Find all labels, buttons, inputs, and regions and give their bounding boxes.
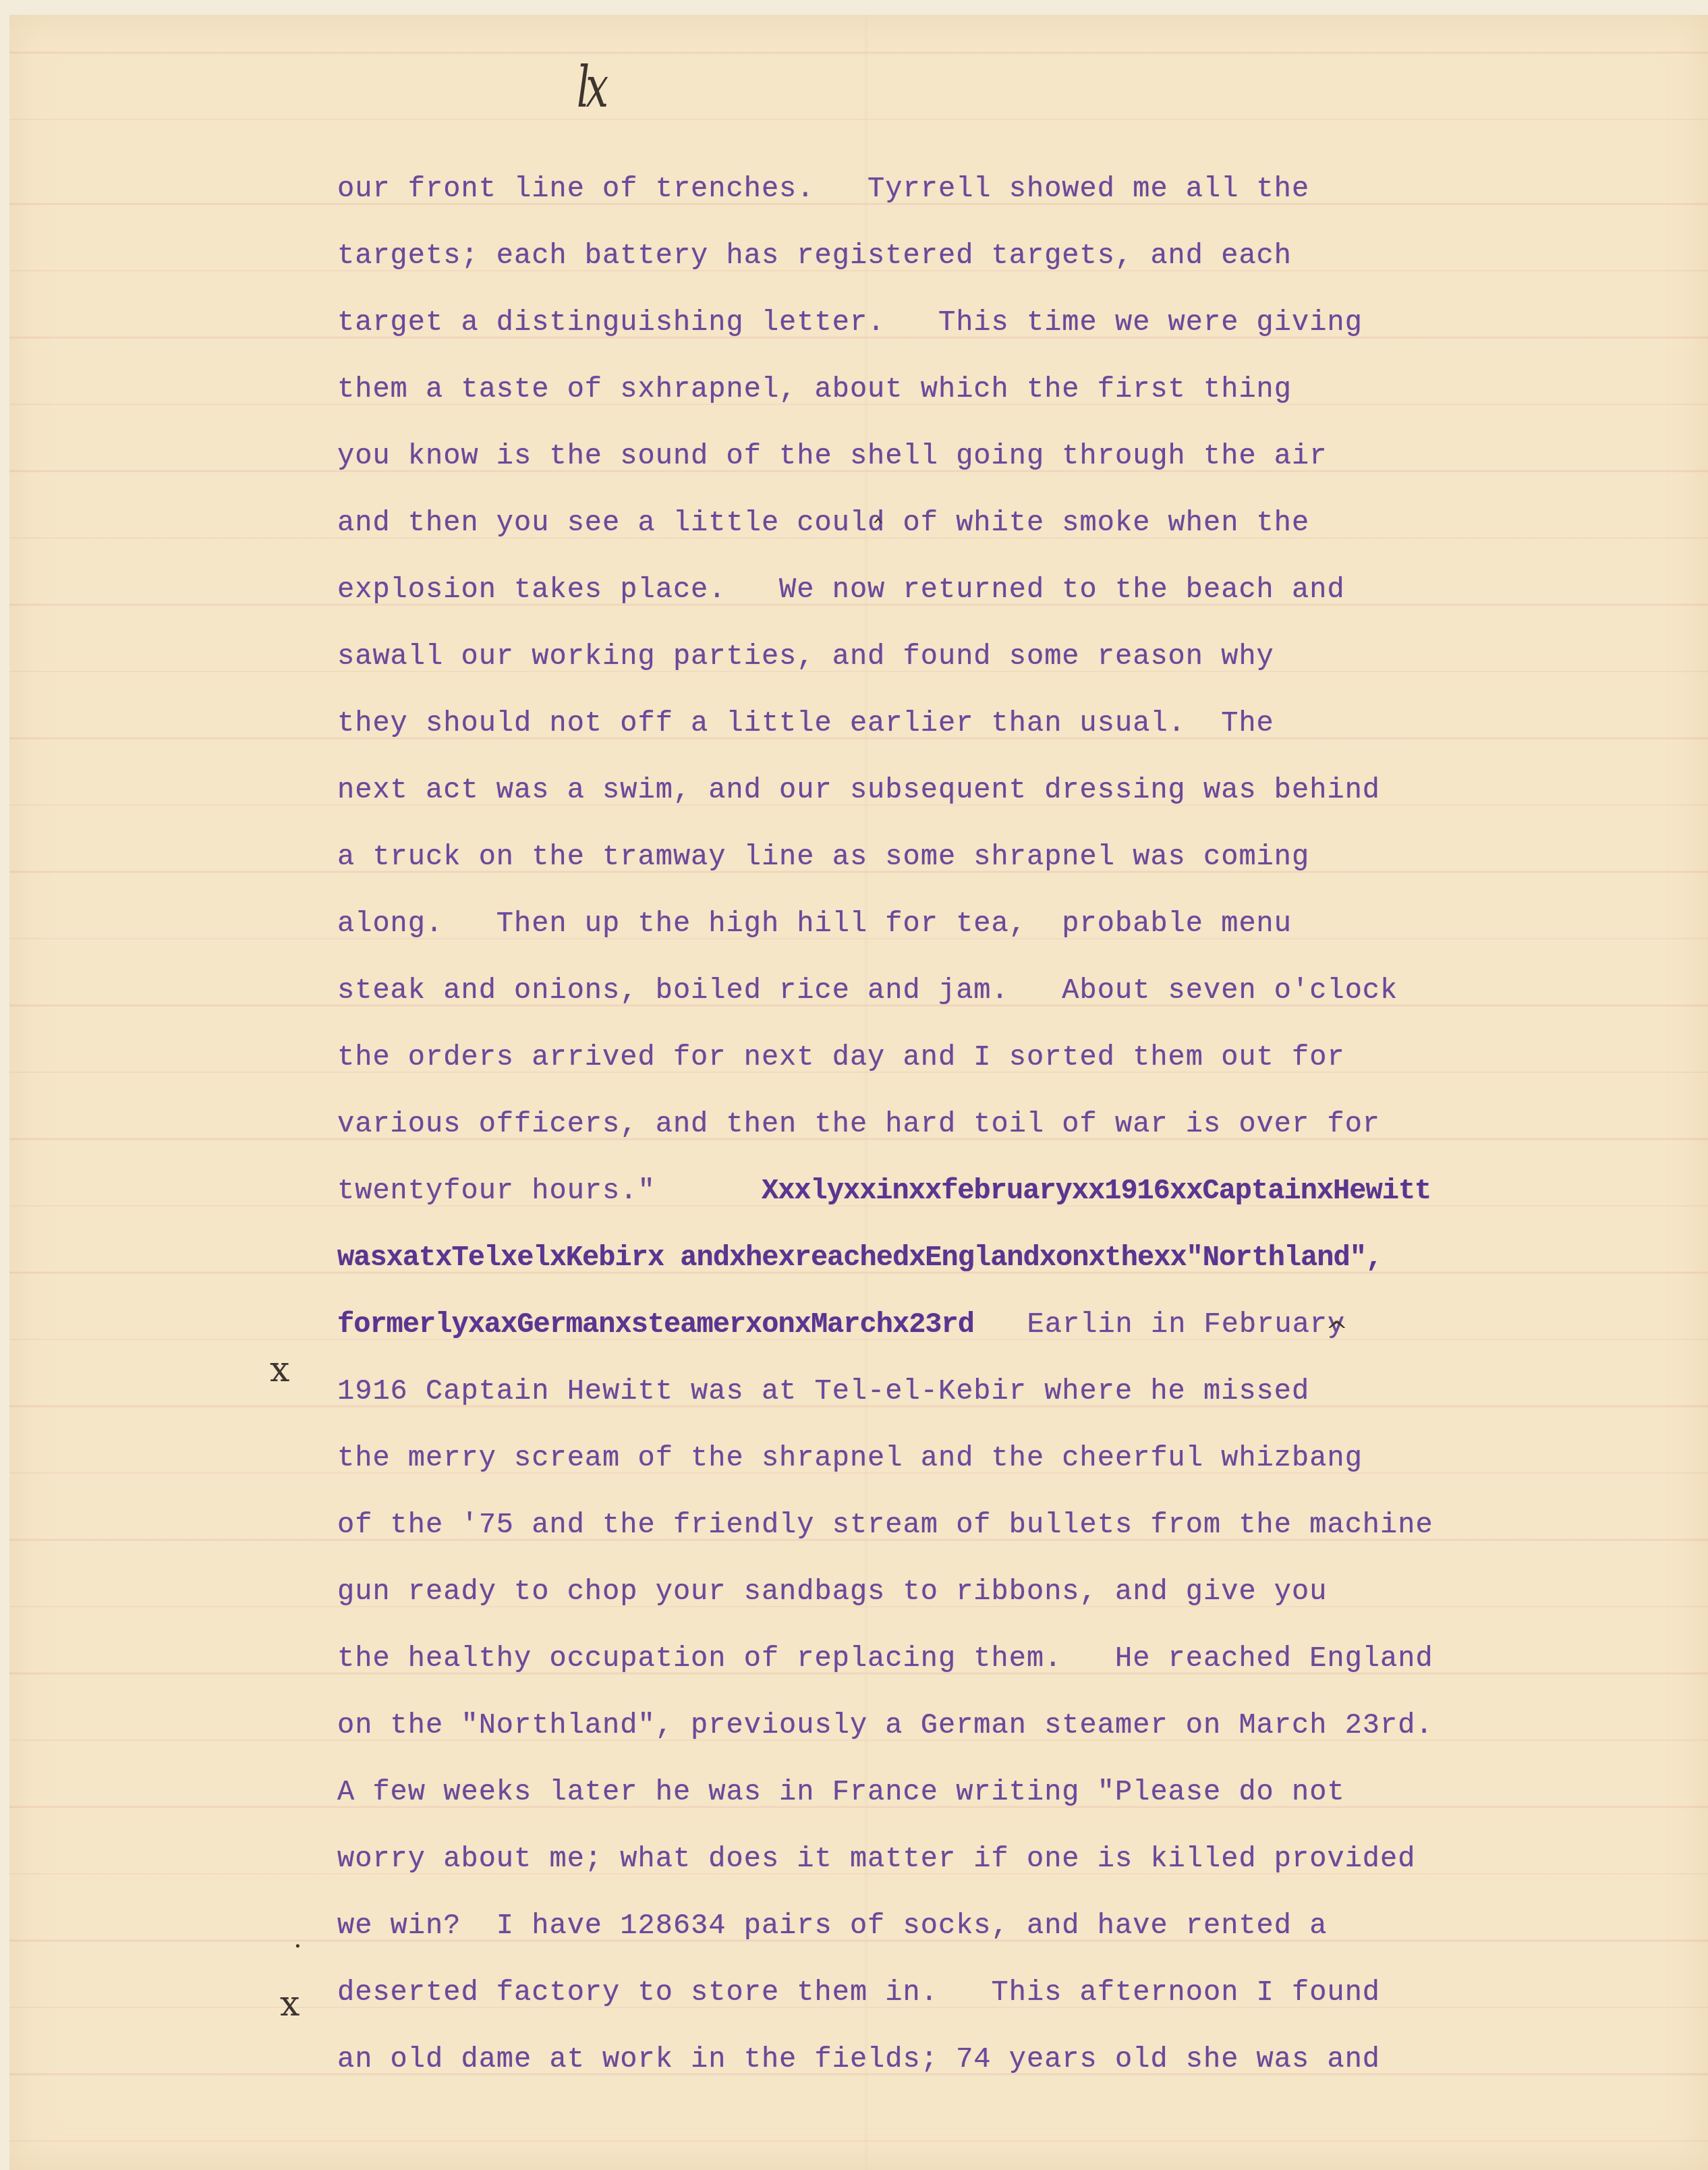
text-line: gun ready to chop your sandbags to ribbo… bbox=[337, 1570, 1433, 1637]
text-line: various officers, and then the hard toil… bbox=[337, 1103, 1433, 1169]
text-line: deserted factory to store them in. This … bbox=[337, 1971, 1433, 2038]
text-line: next act was a swim, and our subsequent … bbox=[337, 769, 1433, 835]
text-line: of the '75 and the friendly stream of bu… bbox=[337, 1503, 1433, 1570]
text-line: along. Then up the high hill for tea, pr… bbox=[337, 902, 1433, 969]
text-line: they should not off a little earlier tha… bbox=[337, 702, 1433, 769]
text-segment: twentyfour hours." bbox=[337, 1175, 656, 1207]
text-line: A few weeks later he was in France writi… bbox=[337, 1771, 1433, 1837]
text-line: a truck on the tramway line as some shra… bbox=[337, 835, 1433, 902]
text-line: target a distinguishing letter. This tim… bbox=[337, 301, 1433, 368]
text-line: you know is the sound of the shell going… bbox=[337, 435, 1433, 501]
text-line: the orders arrived for next day and I so… bbox=[337, 1036, 1433, 1103]
struck-out-text: wasxatxTelxelxKebirx andxhexreachedxEngl… bbox=[337, 1242, 1382, 1274]
text-line: worry about me; what does it matter if o… bbox=[337, 1837, 1433, 1904]
text-line: them a taste of sxhrapnel, about which t… bbox=[337, 368, 1433, 435]
handwritten-caret-mark: ‸ bbox=[874, 493, 883, 524]
page-number: lx bbox=[577, 55, 604, 121]
text-line: an old dame at work in the fields; 74 ye… bbox=[337, 2038, 1433, 2105]
struck-out-line: wasxatxTelxelxKebirx andxhexreachedxEngl… bbox=[337, 1236, 1433, 1303]
text-line: targets; each battery has registered tar… bbox=[337, 234, 1433, 301]
text-line: we win? I have 128634 pairs of socks, an… bbox=[337, 1904, 1433, 1971]
typed-text-block: our front line of trenches. Tyrrell show… bbox=[337, 167, 1433, 2105]
handwritten-caret-mark: ^ bbox=[1326, 1316, 1348, 1347]
text-line-with-strikeout: twentyfour hours." Xxxlyxxinxxfebruaryxx… bbox=[337, 1169, 1433, 1236]
text-line: the healthy occupation of replacing them… bbox=[337, 1637, 1433, 1704]
margin-x-mark: x bbox=[280, 1984, 300, 2024]
text-line: the merry scream of the shrapnel and the… bbox=[337, 1437, 1433, 1503]
text-line-with-strikeout: formerlyxaxGermanxsteamerxonxMarchx23rd … bbox=[337, 1303, 1433, 1370]
text-line: steak and onions, boiled rice and jam. A… bbox=[337, 969, 1433, 1036]
text-line: on the "Northland", previously a German … bbox=[337, 1704, 1433, 1771]
text-line: our front line of trenches. Tyrrell show… bbox=[337, 167, 1433, 234]
text-line: and then you see a little could of white… bbox=[337, 501, 1433, 568]
struck-out-text: Xxxlyxxinxxfebruaryxx1916xxCaptainxHewit… bbox=[762, 1175, 1431, 1207]
text-line: sawall our working parties, and found so… bbox=[337, 635, 1433, 702]
struck-out-text: formerlyxaxGermanxsteamerxonxMarchx23rd bbox=[337, 1308, 974, 1341]
margin-dot-mark: . bbox=[293, 1923, 302, 1954]
text-line: explosion takes place. We now returned t… bbox=[337, 568, 1433, 635]
text-segment: Earlin in February bbox=[974, 1308, 1345, 1341]
text-line: 1916 Captain Hewitt was at Tel-el-Kebir … bbox=[337, 1370, 1433, 1437]
margin-x-mark: x bbox=[270, 1350, 289, 1390]
